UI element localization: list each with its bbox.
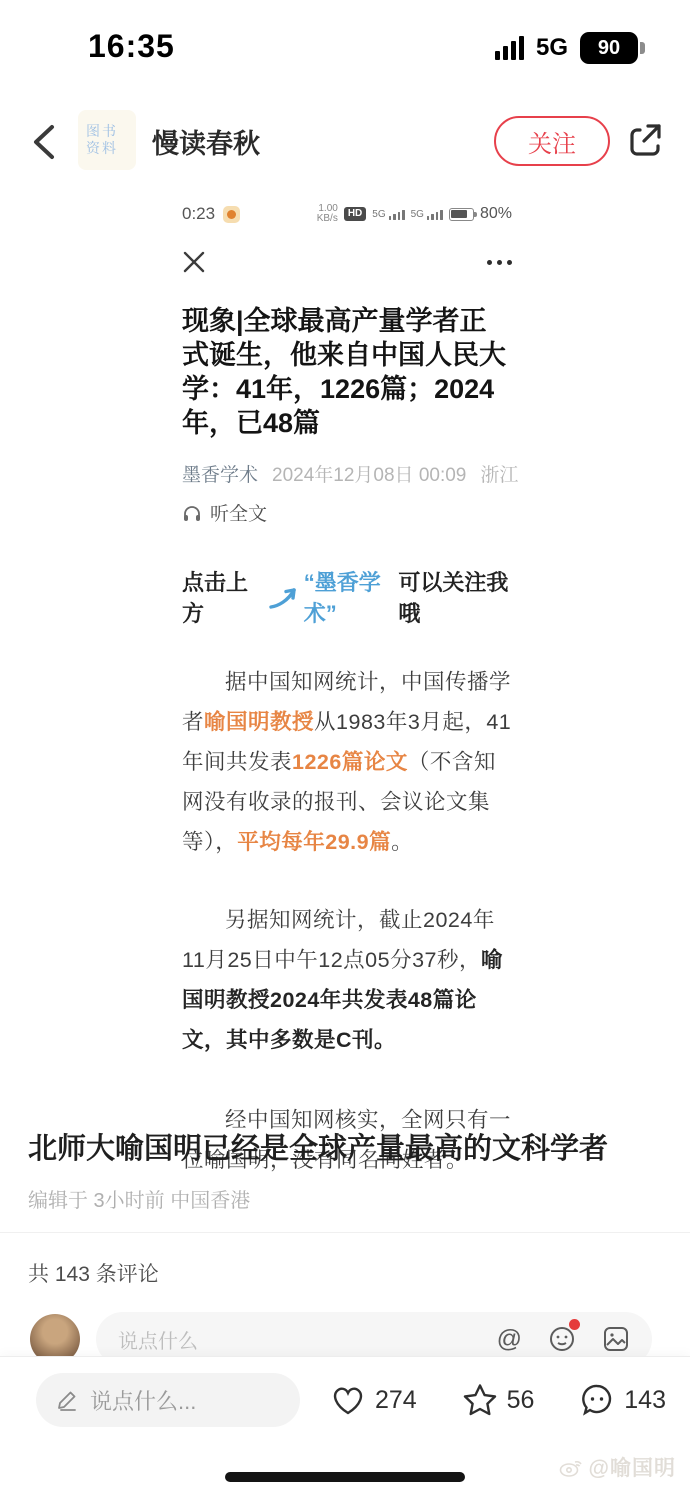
comment-input-placeholder: 说点什么: [118, 1325, 497, 1354]
article-paragraph-1: 据中国知网统计，中国传播学者喻国明教授从1983年3月起，41年间共发表1226…: [182, 662, 512, 862]
collect-count: 56: [507, 1386, 535, 1415]
collect-button[interactable]: 56: [462, 1383, 535, 1417]
status-time: 16:35: [88, 28, 175, 65]
avatar-text-line2: 资料: [86, 141, 136, 156]
comment-button[interactable]: 143: [579, 1383, 666, 1417]
like-count: 274: [375, 1386, 417, 1415]
article-title: 现象|全球最高产量学者正式诞生，他来自中国人民大学：41年，1226篇；2024…: [182, 304, 512, 440]
follow-button[interactable]: 关注: [494, 116, 610, 166]
article-location: 浙江: [480, 460, 518, 487]
close-icon: [182, 250, 206, 274]
embedded-screenshot-image[interactable]: 0:23 1.00 KB/s HD 5G 5G 80%: [148, 196, 546, 1180]
app-header: 图书 资料 慢读春秋 关注: [0, 108, 690, 176]
article-account-name: 墨香学术: [182, 460, 258, 487]
notification-dot: [569, 1319, 580, 1330]
signal-icon-sim1: 5G: [372, 209, 404, 220]
battery-icon-small: [449, 208, 474, 221]
post-edit-meta: 编辑于 3小时前 中国香港: [28, 1184, 250, 1213]
back-button[interactable]: [28, 122, 62, 162]
section-divider: [0, 1232, 690, 1233]
home-indicator: [225, 1472, 465, 1482]
screenshot-status-bar: 0:23 1.00 KB/s HD 5G 5G 80%: [182, 202, 512, 226]
swoosh-arrow-icon: [268, 584, 300, 610]
comments-count-header: 共 143 条评论: [28, 1258, 159, 1288]
say-something-placeholder: 说点什么...: [90, 1385, 196, 1416]
like-button[interactable]: 274: [330, 1383, 417, 1417]
comment-bubble-icon: [579, 1383, 615, 1417]
watermark-text: @喻国明: [589, 1452, 676, 1482]
comment-count: 143: [624, 1386, 666, 1415]
headphones-icon: [182, 503, 202, 523]
net-speed-indicator: 1.00 KB/s: [317, 204, 338, 224]
post-title: 北师大喻国明已经是全球产量最高的文科学者: [28, 1126, 668, 1167]
heart-icon: [330, 1383, 366, 1417]
cta-prefix: 点击上方: [182, 566, 258, 628]
say-something-input[interactable]: 说点什么...: [36, 1373, 300, 1427]
screenshot-time: 0:23: [182, 204, 215, 224]
cta-account-name: “墨香学术”: [304, 566, 399, 628]
article-date: 2024年12月08日 00:09: [272, 460, 466, 487]
username[interactable]: 慢读春秋: [152, 122, 260, 161]
article-paragraph-2: 另据知网统计，截止2024年11月25日中午12点05分37秒，喻国明教授202…: [182, 900, 512, 1060]
more-options-icon: [487, 260, 512, 265]
pencil-icon: [56, 1388, 80, 1412]
signal-icon-sim2: 5G: [411, 209, 443, 220]
watermark: @喻国明: [559, 1452, 676, 1482]
screenshot-app-icon: [223, 206, 240, 223]
network-type-label: 5G: [536, 34, 568, 62]
listen-label: 听全文: [210, 499, 267, 526]
status-right-cluster: 5G 90: [495, 32, 638, 64]
signal-bars-icon: [495, 36, 524, 60]
avatar[interactable]: 图书 资料: [78, 110, 136, 170]
avatar-text-line1: 图书: [86, 124, 136, 139]
weibo-icon: [559, 1457, 583, 1477]
battery-percent: 80%: [480, 205, 512, 223]
share-icon[interactable]: [626, 120, 666, 160]
cta-suffix: 可以关注我哦: [398, 566, 512, 628]
hd-badge: HD: [344, 207, 366, 221]
star-icon: [462, 1383, 498, 1417]
mention-at-icon[interactable]: @: [497, 1325, 522, 1354]
battery-icon: 90: [580, 32, 638, 64]
image-attach-icon[interactable]: [602, 1325, 630, 1353]
emoji-icon[interactable]: [548, 1325, 576, 1353]
